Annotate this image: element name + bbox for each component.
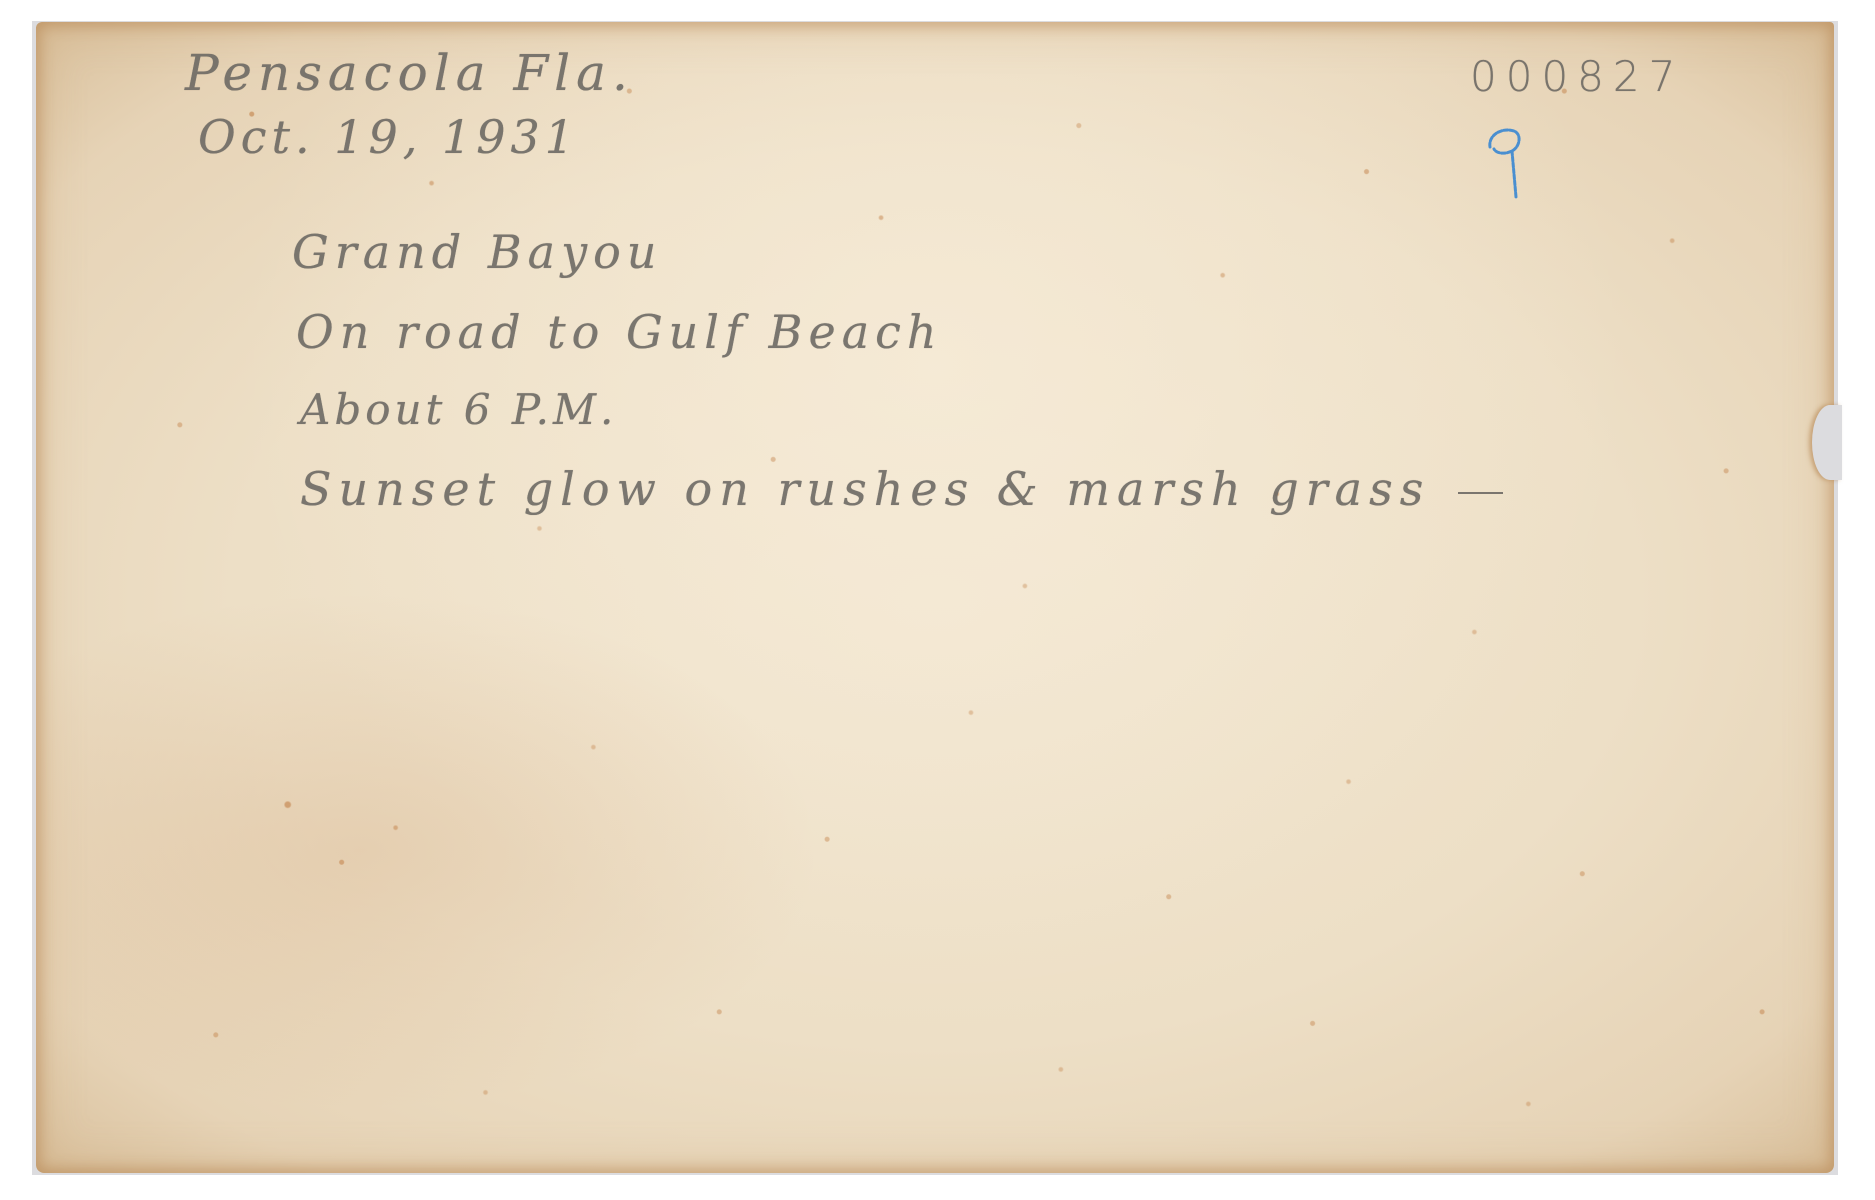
catalog-number: 000827: [1470, 52, 1684, 101]
note-line-time: About 6 P.M.: [300, 385, 617, 434]
edge-tear-notch: [1812, 405, 1842, 480]
location-note: Pensacola Fla.: [185, 44, 634, 102]
scan-stage: Pensacola Fla. Oct. 19, 1931 000827 Gran…: [0, 0, 1875, 1200]
photo-card-back: [36, 22, 1834, 1173]
note-line-description: Sunset glow on rushes & marsh grass: [300, 462, 1503, 516]
trailing-dash: [1458, 492, 1503, 494]
note-line-road: On road to Gulf Beach: [296, 305, 943, 359]
description-text: Sunset glow on rushes & marsh grass: [300, 462, 1430, 516]
foxing-stains: [36, 22, 1834, 1173]
blue-pencil-mark-icon: [1482, 125, 1532, 200]
note-line-place: Grand Bayou: [292, 225, 662, 279]
date-note: Oct. 19, 1931: [198, 110, 579, 164]
